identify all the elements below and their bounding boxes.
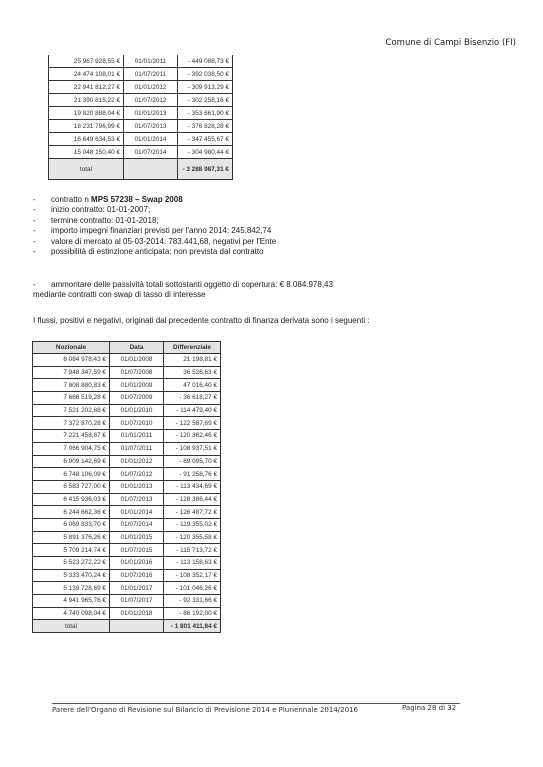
- table-row: 6 244 662,36 €01/01/2014- 126 487,72 €: [33, 506, 221, 519]
- cell-date: 01/01/2011: [110, 430, 164, 443]
- table-row: 5 891 376,26 €01/01/2015- 120 355,58 €: [33, 531, 221, 544]
- cell-notional: 25 967 928,55 €: [49, 55, 124, 68]
- cell-notional: 7 066 904,75 €: [33, 442, 110, 455]
- cell-notional: 4 740 098,04 €: [33, 607, 110, 620]
- cell-differential: - 108 352,17 €: [164, 569, 221, 582]
- column-header-notional: Nozionale: [33, 342, 110, 354]
- cell-differential: - 108 937,51 €: [164, 442, 221, 455]
- table-row: 7 808 880,83 €01/01/200947 016,40 €: [33, 379, 221, 392]
- table-row: 4 740 098,04 €01/01/2018- 86 192,00 €: [33, 607, 221, 620]
- cell-date: 01/07/2016: [110, 569, 164, 582]
- table-row: 22 941 812,27 €01/01/2012- 309 913,29 €: [49, 81, 233, 94]
- table-row: 6 583 727,00 €01/01/2013- 113 434,69 €: [33, 480, 221, 493]
- cell-date: 01/01/2010: [110, 404, 164, 417]
- cell-differential: - 115 713,72 €: [164, 544, 221, 557]
- swap-flows-table-continued: 25 967 928,55 €01/01/2011- 449 088,73 €2…: [48, 55, 233, 180]
- cell-date: 01/07/2010: [110, 417, 164, 430]
- cell-differential: - 86 192,00 €: [164, 607, 221, 620]
- cell-differential: - 353 661,90 €: [178, 107, 233, 120]
- cell-differential: - 89 095,70 €: [164, 455, 221, 468]
- contract-details-list: contratto n MPS 57238 – Swap 2008 inizio…: [33, 195, 276, 257]
- table-row: 21 390 815,22 €01/07/2012- 302 258,16 €: [49, 94, 233, 107]
- cell-notional: 6 415 936,03 €: [33, 493, 110, 506]
- table-row: 7 372 870,28 €01/07/2010- 122 587,69 €: [33, 417, 221, 430]
- table-row: 5 139 728,69 €01/01/2017- 101 046,26 €: [33, 582, 221, 595]
- cell-notional: 6 909 142,69 €: [33, 455, 110, 468]
- cell-notional: 7 948 347,59 €: [33, 366, 110, 379]
- footer-document-title: Parere dell'Organo di Revisione sul Bila…: [52, 706, 358, 714]
- cell-differential: - 122 587,69 €: [164, 417, 221, 430]
- cell-differential: - 126 487,72 €: [164, 506, 221, 519]
- column-header-date: Data: [110, 342, 164, 354]
- cell-notional: 22 941 812,27 €: [49, 81, 124, 94]
- cell-notional: 24 474 108,01 €: [49, 68, 124, 81]
- table-row: 6 415 936,03 €01/07/2013- 128 386,44 €: [33, 493, 221, 506]
- cell-date: 01/07/2014: [124, 146, 178, 159]
- cell-differential: - 376 828,28 €: [178, 120, 233, 133]
- cell-differential: 21 198,81 €: [164, 354, 221, 367]
- contract-id-bold: MPS 57238 – Swap 2008: [91, 195, 183, 204]
- table-row: 25 967 928,55 €01/01/2011- 449 088,73 €: [49, 55, 233, 68]
- contract-market-value: valore di mercato al 05-03-2014: 783.441…: [33, 237, 276, 247]
- cell-differential: - 92 331,66 €: [164, 595, 221, 608]
- contract-early-termination: possibilità di estinzione anticipata: no…: [33, 247, 276, 257]
- table-row: 6 909 142,69 €01/01/2012- 89 095,70 €: [33, 455, 221, 468]
- cell-date: 01/01/2009: [110, 379, 164, 392]
- cell-differential: - 119 355,02 €: [164, 518, 221, 531]
- cell-differential: - 91 258,76 €: [164, 468, 221, 481]
- total-value: - 1 801 411,84 €: [164, 620, 221, 633]
- table-row: 6 748 106,09 €01/07/2012- 91 258,76 €: [33, 468, 221, 481]
- cell-notional: 6 069 833,70 €: [33, 518, 110, 531]
- total-empty-cell: [110, 620, 164, 633]
- cell-notional: 7 666 519,28 €: [33, 392, 110, 405]
- cell-differential: 47 016,40 €: [164, 379, 221, 392]
- footer-divider: [52, 703, 460, 704]
- cell-date: 01/07/2011: [124, 68, 178, 81]
- table-row: 5 333 470,24 €01/07/2016- 108 352,17 €: [33, 569, 221, 582]
- table-row: 7 666 519,28 €01/07/2009- 36 618,27 €: [33, 392, 221, 405]
- cell-date: 01/01/2011: [124, 55, 178, 68]
- cell-date: 01/07/2012: [110, 468, 164, 481]
- cell-notional: 4 941 965,76 €: [33, 595, 110, 608]
- cell-date: 01/01/2016: [110, 557, 164, 570]
- cell-notional: 5 891 376,26 €: [33, 531, 110, 544]
- cell-date: 01/07/2017: [110, 595, 164, 608]
- cell-notional: 7 372 870,28 €: [33, 417, 110, 430]
- cell-date: 01/07/2014: [110, 518, 164, 531]
- cell-date: 01/07/2009: [110, 392, 164, 405]
- table-header-row: Nozionale Data Differenziale: [33, 342, 221, 354]
- total-label: total: [33, 620, 110, 633]
- cell-differential: - 113 158,63 €: [164, 557, 221, 570]
- cell-date: 01/01/2012: [124, 81, 178, 94]
- table-total-row: total- 3 288 987,31 €: [49, 159, 233, 180]
- table-row: 7 221 458,87 €01/01/2011- 120 362,46 €: [33, 430, 221, 443]
- contract-commitments: importo impegni finanziari previsti per …: [33, 226, 276, 236]
- cell-notional: 5 333 470,24 €: [33, 569, 110, 582]
- total-label: total: [49, 159, 124, 180]
- cell-date: 01/07/2012: [124, 94, 178, 107]
- cell-date: 01/01/2013: [110, 480, 164, 493]
- cell-differential: - 36 618,27 €: [164, 392, 221, 405]
- cell-notional: 6 748 106,09 €: [33, 468, 110, 481]
- cell-differential: - 120 362,46 €: [164, 430, 221, 443]
- cell-notional: 15 048 150,40 €: [49, 146, 124, 159]
- cell-notional: 7 521 202,88 €: [33, 404, 110, 417]
- table-row: 18 231 796,99 €01/07/2013- 376 828,28 €: [49, 120, 233, 133]
- cell-notional: 21 390 815,22 €: [49, 94, 124, 107]
- cell-date: 01/07/2011: [110, 442, 164, 455]
- total-value: - 3 288 987,31 €: [178, 159, 233, 180]
- table-row: 8 084 978,43 €01/01/200821 198,81 €: [33, 354, 221, 367]
- table-row: 7 521 202,88 €01/01/2010- 114 479,40 €: [33, 404, 221, 417]
- cell-notional: 8 084 978,43 €: [33, 354, 110, 367]
- cell-notional: 5 139 728,69 €: [33, 582, 110, 595]
- cell-date: 01/01/2013: [124, 107, 178, 120]
- cell-differential: - 309 913,29 €: [178, 81, 233, 94]
- cell-notional: 18 231 796,99 €: [49, 120, 124, 133]
- cell-date: 01/07/2013: [124, 120, 178, 133]
- table-row: 7 066 904,75 €01/07/2011- 108 937,51 €: [33, 442, 221, 455]
- cell-differential: - 101 046,26 €: [164, 582, 221, 595]
- cell-differential: - 128 386,44 €: [164, 493, 221, 506]
- cell-date: 01/07/2008: [110, 366, 164, 379]
- cell-date: 01/01/2014: [124, 133, 178, 146]
- cell-differential: 36 526,63 €: [164, 366, 221, 379]
- cell-notional: 5 709 214,74 €: [33, 544, 110, 557]
- contract-end: termine contratto: 01-01-2018;: [33, 216, 276, 226]
- table-row: 15 048 150,40 €01/07/2014- 304 980,44 €: [49, 146, 233, 159]
- footer-page-number: Pagina 28 di 32: [402, 704, 456, 712]
- liabilities-description: mediante contratti con swap di tasso di …: [33, 290, 503, 300]
- cell-differential: - 302 258,16 €: [178, 94, 233, 107]
- contract-id: contratto n MPS 57238 – Swap 2008: [33, 195, 276, 205]
- cell-notional: 16 649 634,53 €: [49, 133, 124, 146]
- cell-date: 01/01/2017: [110, 582, 164, 595]
- table-row: 5 709 214,74 €01/07/2015- 115 713,72 €: [33, 544, 221, 557]
- page-header-municipality: Comune di Campi Bisenzio (FI): [386, 38, 516, 48]
- cell-date: 01/01/2015: [110, 531, 164, 544]
- table-row: 24 474 108,01 €01/07/2011- 392 038,50 €: [49, 68, 233, 81]
- table-row: 16 649 634,53 €01/01/2014- 347 455,67 €: [49, 133, 233, 146]
- cell-differential: - 113 434,69 €: [164, 480, 221, 493]
- cell-date: 01/07/2015: [110, 544, 164, 557]
- table-total-row: total- 1 801 411,84 €: [33, 620, 221, 633]
- cell-notional: 7 808 880,83 €: [33, 379, 110, 392]
- cell-date: 01/01/2018: [110, 607, 164, 620]
- cell-date: 01/01/2014: [110, 506, 164, 519]
- cell-differential: - 114 479,40 €: [164, 404, 221, 417]
- cell-date: 01/01/2008: [110, 354, 164, 367]
- cell-differential: - 120 355,58 €: [164, 531, 221, 544]
- cell-differential: - 392 038,50 €: [178, 68, 233, 81]
- table-row: 6 069 833,70 €01/07/2014- 119 355,02 €: [33, 518, 221, 531]
- cell-differential: - 347 455,67 €: [178, 133, 233, 146]
- cell-notional: 7 221 458,87 €: [33, 430, 110, 443]
- total-empty-cell: [124, 159, 178, 180]
- cell-differential: - 304 980,44 €: [178, 146, 233, 159]
- table-row: 19 820 888,04 €01/01/2013- 353 661,90 €: [49, 107, 233, 120]
- swap-flows-table: Nozionale Data Differenziale 8 084 978,4…: [32, 341, 221, 633]
- cell-differential: - 449 088,73 €: [178, 55, 233, 68]
- cell-notional: 19 820 888,04 €: [49, 107, 124, 120]
- table-row: 7 948 347,59 €01/07/200836 526,63 €: [33, 366, 221, 379]
- liabilities-amount: ammontare delle passività totali sottost…: [33, 280, 503, 290]
- table-row: 4 941 965,76 €01/07/2017- 92 331,66 €: [33, 595, 221, 608]
- column-header-differential: Differenziale: [164, 342, 221, 354]
- contract-start: inizio contratto: 01-01-2007;: [33, 205, 276, 215]
- cell-notional: 6 583 727,00 €: [33, 480, 110, 493]
- cell-notional: 6 244 662,36 €: [33, 506, 110, 519]
- liabilities-paragraph: ammontare delle passività totali sottost…: [33, 280, 503, 301]
- table-row: 5 523 272,22 €01/01/2016- 113 158,63 €: [33, 557, 221, 570]
- cell-date: 01/01/2012: [110, 455, 164, 468]
- cell-notional: 5 523 272,22 €: [33, 557, 110, 570]
- flows-intro-paragraph: I flussi, positivi e negativi, originati…: [33, 316, 503, 326]
- cell-date: 01/07/2013: [110, 493, 164, 506]
